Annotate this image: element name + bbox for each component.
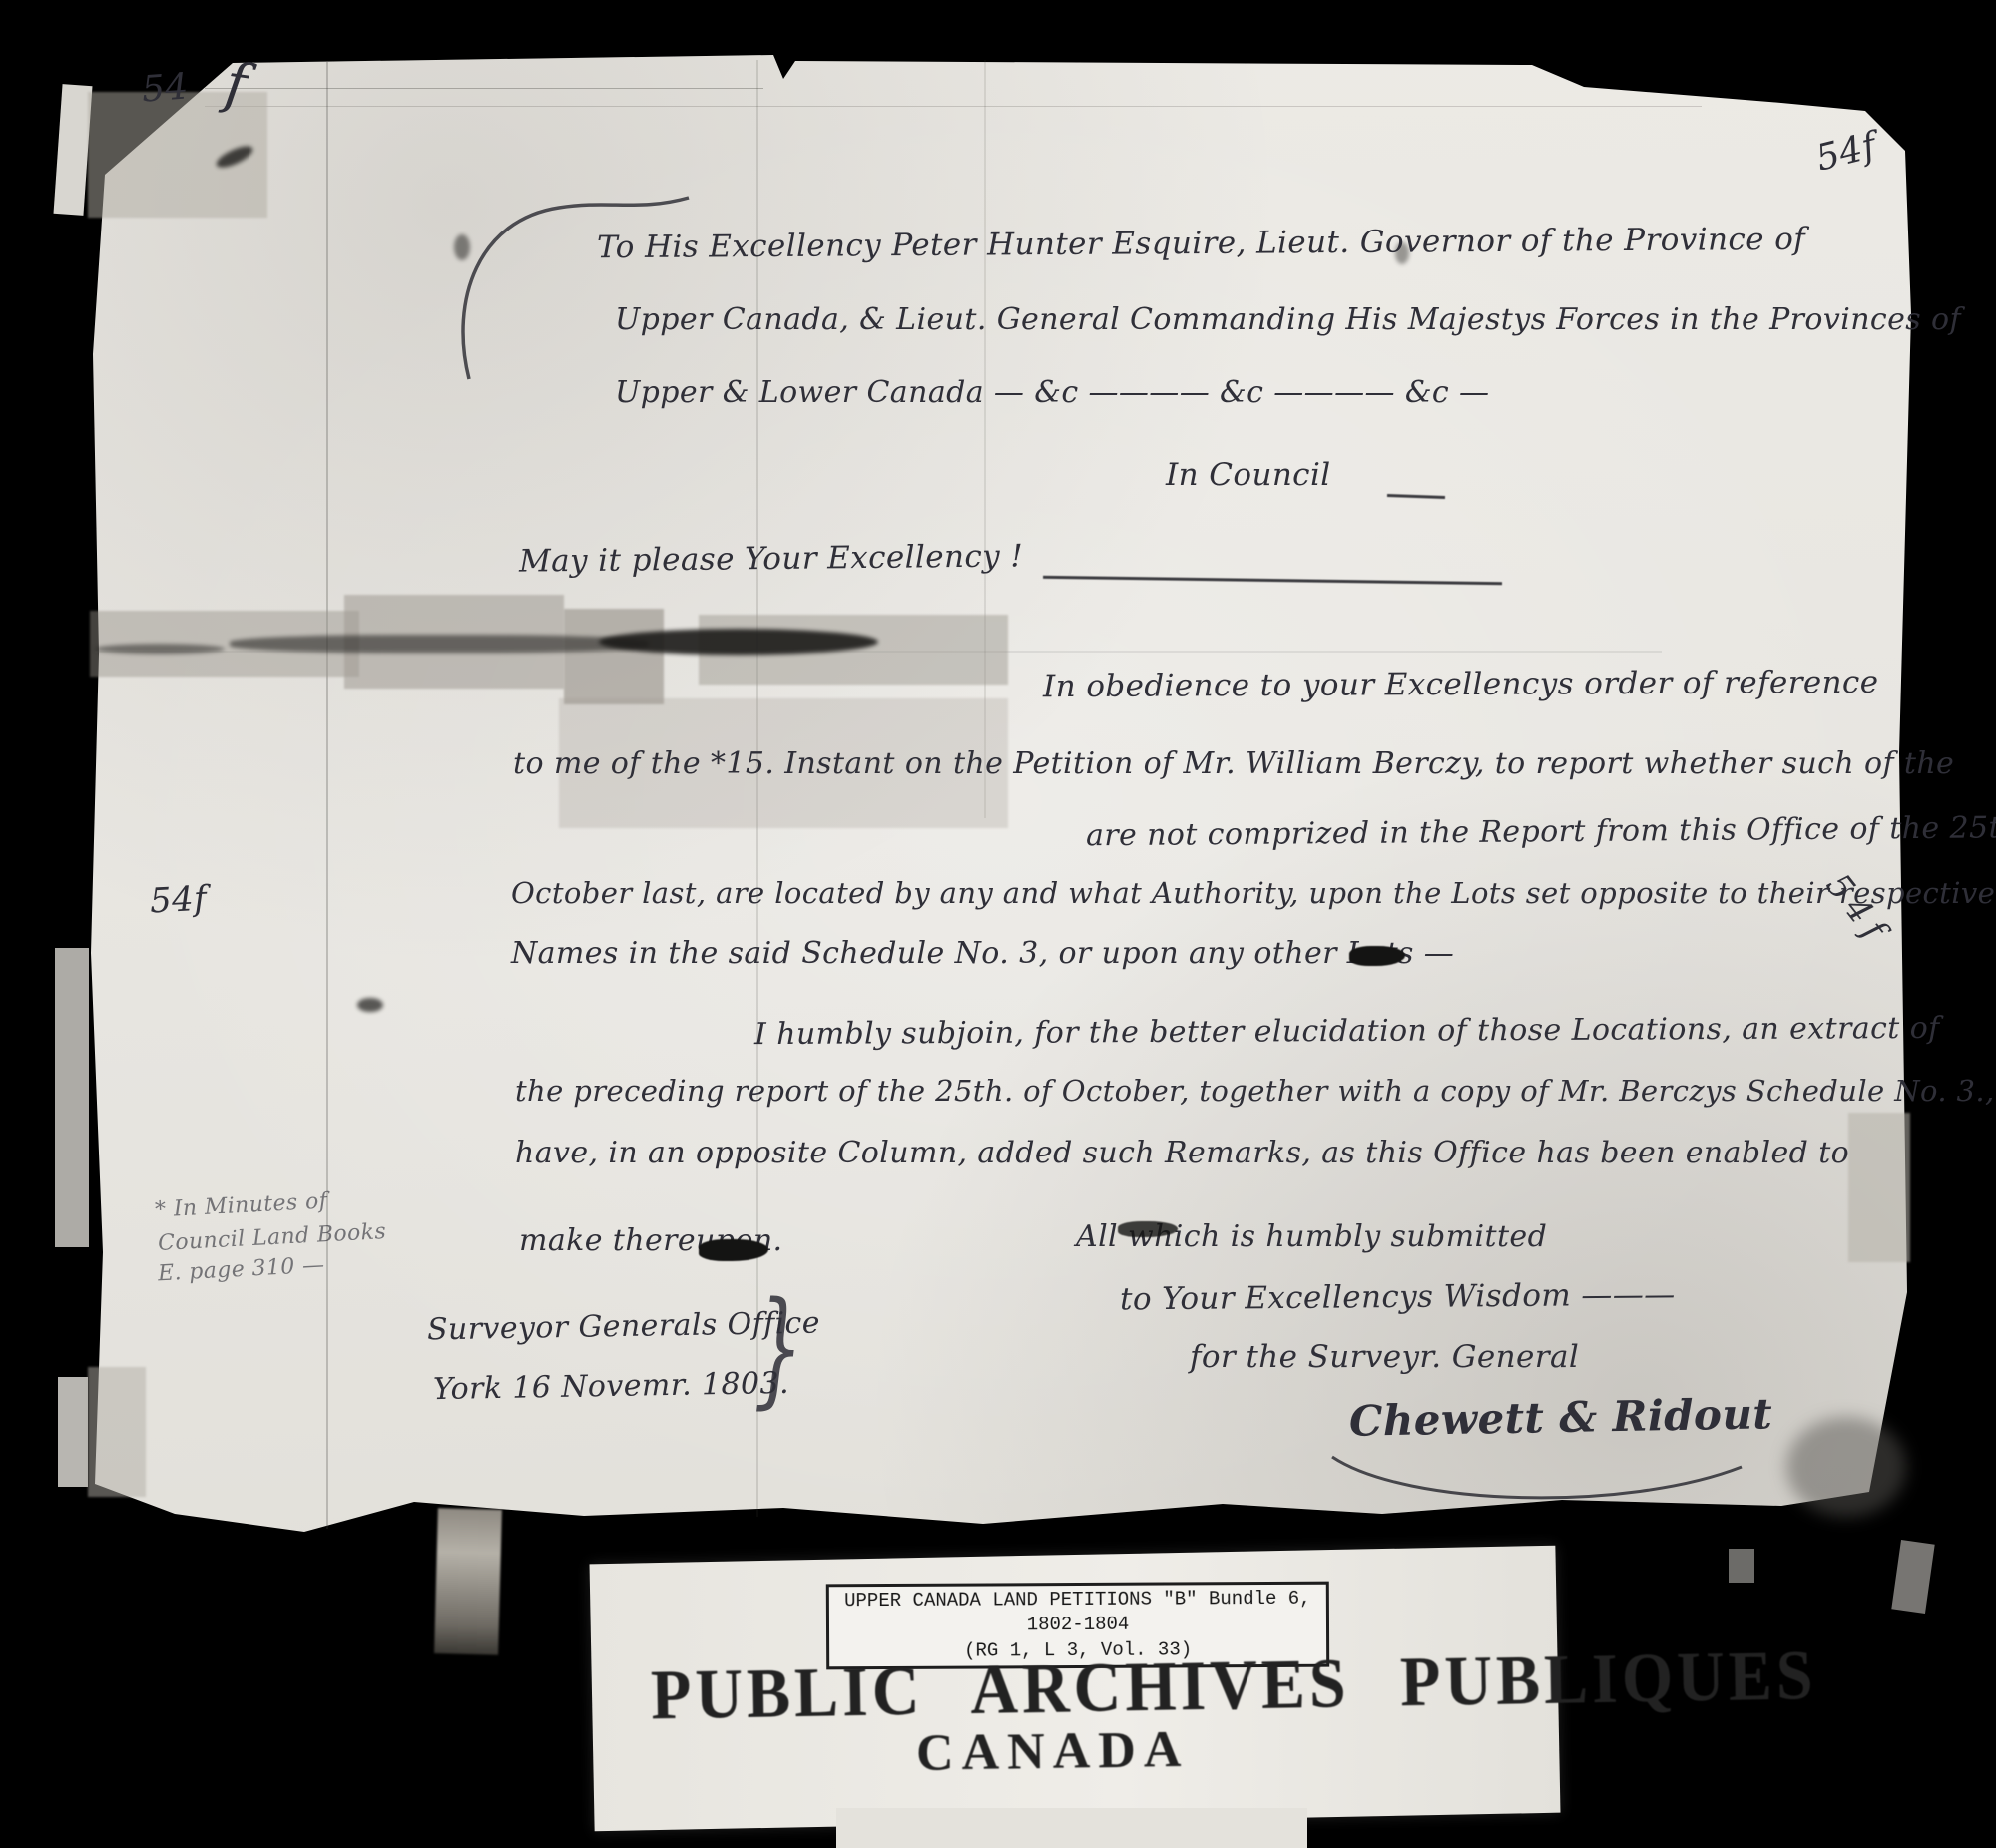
tear-smudge [599, 629, 878, 655]
ruled-mark [205, 106, 1702, 107]
page-edge-sliver [54, 84, 93, 216]
body-line-4: October last, are located by any and wha… [511, 876, 1995, 910]
closing-line-3: for the Surveyr. General [1190, 1339, 1579, 1375]
binding-tape [434, 1508, 502, 1655]
opening-flourish [439, 160, 699, 399]
corner-tape [88, 1367, 146, 1497]
body-line-6: I humbly subjoin, for the better elucida… [754, 1011, 1940, 1052]
edge-tape [1848, 1113, 1910, 1262]
body-line-2: to me of the *15. Instant on the Petitio… [513, 746, 1954, 781]
scanned-document-page: 54 f 54f 54f 54f To His Excellency Peter… [0, 0, 1996, 1848]
salutation-line: May it please Your Excellency ! [519, 538, 1023, 579]
ink-dot [357, 998, 383, 1012]
body-line-7: the preceding report of the 25th. of Oct… [515, 1074, 1996, 1108]
page-edge-sliver [58, 1377, 88, 1487]
address-line-2: Upper Canada, & Lieut. General Commandin… [615, 302, 1961, 337]
tear-smudge [230, 635, 649, 653]
address-line-3: Upper & Lower Canada — &c ———— &c ———— &… [615, 375, 1489, 410]
dateline-brace: } [753, 1276, 803, 1422]
signature-flourish [1327, 1437, 1746, 1517]
page-edge-sliver [1729, 1549, 1754, 1583]
ruled-mark [205, 88, 763, 89]
archive-stamp-tab [836, 1808, 1307, 1848]
body-line-8: have, in an opposite Column, added such … [515, 1136, 1849, 1170]
page-edge-sliver [1891, 1540, 1934, 1614]
page-number-mid-left: 54f [149, 879, 208, 922]
tear-smudge [95, 644, 225, 654]
dateline-date: York 16 Novemr. 1803. [433, 1366, 789, 1407]
archive-reference-line-1: UPPER CANADA LAND PETITIONS "B" Bundle 6… [829, 1586, 1326, 1639]
page-edge-sliver [55, 948, 89, 1247]
fold-line [326, 62, 328, 1529]
closing-line-2: to Your Excellencys Wisdom ——— [1120, 1277, 1676, 1318]
repair-tape [564, 609, 664, 704]
corner-shadow [1786, 1417, 1906, 1517]
body-line-5: Names in the said Schedule No. 3, or upo… [511, 936, 1454, 971]
in-council-heading: In Council [1166, 457, 1331, 493]
page-number-top-left: 54 [141, 66, 190, 110]
archives-stamp-line-2: CANADA [916, 1720, 1190, 1783]
body-line-1: In obedience to your Excellencys order o… [1043, 665, 1879, 704]
